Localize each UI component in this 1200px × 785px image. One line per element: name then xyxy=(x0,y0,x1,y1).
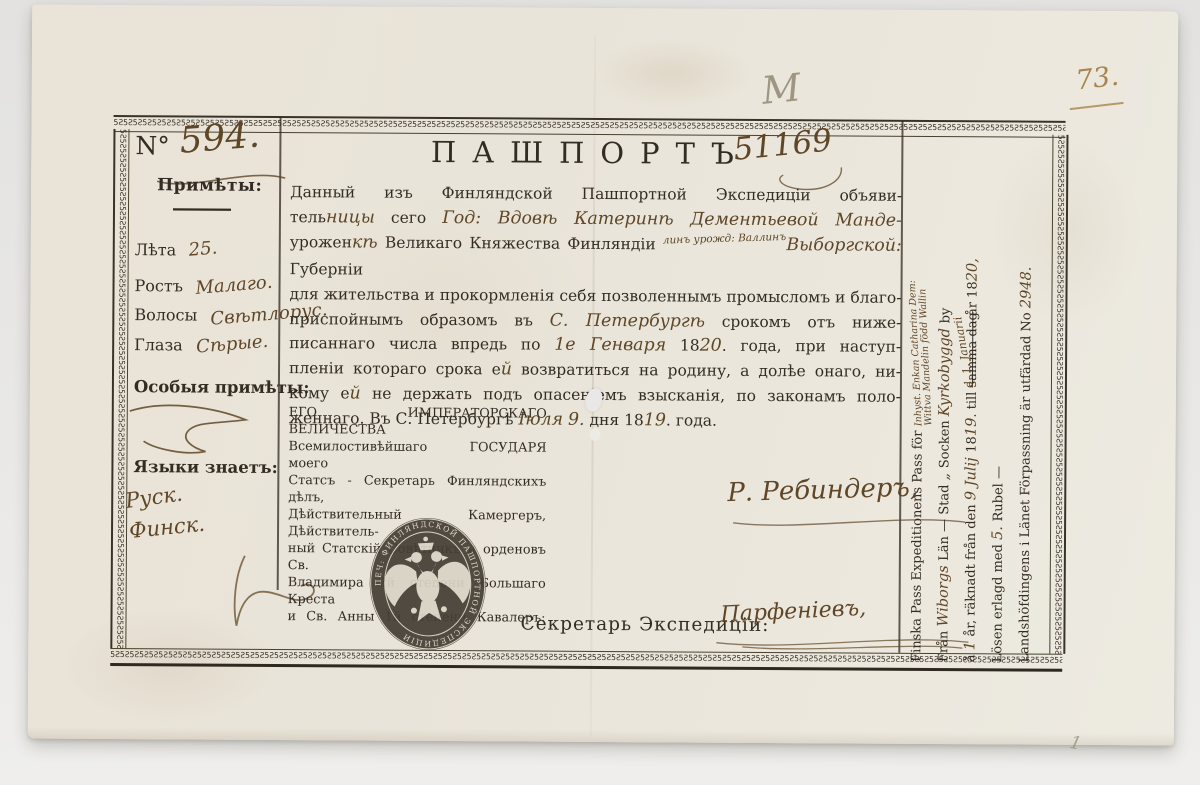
printed-text: 18 xyxy=(965,436,980,453)
text-line: тельницы сего Год: Вдовѣ Катеринѣ Демент… xyxy=(290,205,902,234)
text-line: å 1 år, räknadt från den 9 Julij 1819. t… xyxy=(957,142,987,662)
height-label: Ростъ xyxy=(134,276,183,295)
meander-border-right: 5Ƨ5Ƨ5Ƨ5Ƨ5Ƨ5Ƨ5Ƨ5Ƨ5Ƨ5Ƨ5Ƨ5Ƨ5Ƨ5Ƨ5Ƨ5Ƨ5Ƨ5Ƨ5Ƨ5Ƨ… xyxy=(1049,135,1068,654)
rehbinder-signature: Р. Ребиндеръ, xyxy=(727,473,919,508)
handwritten-text: й xyxy=(349,384,360,404)
section-dash xyxy=(171,205,233,213)
photograph-background: М 73. 1 5Ƨ5Ƨ5Ƨ5Ƨ5Ƨ5Ƨ5Ƨ5Ƨ5Ƨ5Ƨ5Ƨ5Ƨ5Ƨ5Ƨ5Ƨ5Ƨ… xyxy=(0,0,1200,785)
paper-stain xyxy=(592,38,752,109)
printed-text: Rubel — xyxy=(991,466,1006,522)
language-entry-finnish: Финск. xyxy=(128,512,206,543)
handwritten-text: й xyxy=(501,360,512,380)
secretary-signature: Парфеніевъ, xyxy=(720,596,867,628)
special-marks-label: Особыя примѣты: xyxy=(134,377,310,397)
eyes-value-handwritten: Сѣрые. xyxy=(195,331,269,358)
special-marks-squiggle xyxy=(125,397,275,460)
printed-text: возвратиться на родину, а долѣе онаго, н… xyxy=(512,361,901,381)
handwritten-text: 9. xyxy=(568,410,585,430)
handwritten-text: 20, xyxy=(964,258,981,281)
printed-text: ЕГО ИМПЕРАТОРСКАГО ВЕЛИЧЕСТВА xyxy=(289,405,547,438)
handwritten-text: 20 xyxy=(700,336,722,356)
printed-text: . till xyxy=(965,387,980,417)
description-section-label: Примѣты: xyxy=(157,175,262,196)
handwritten-text: ницы xyxy=(326,207,375,227)
handwritten-text: 9 Julij xyxy=(962,453,979,501)
hair-label: Волосы xyxy=(134,305,197,324)
handwritten-text: 2948. xyxy=(1017,267,1034,309)
handwritten-text: Выборгской: xyxy=(786,235,902,256)
handwritten-text: 19 xyxy=(644,410,666,430)
text-line: Finska Pass Expeditionens Pass för Inhys… xyxy=(904,142,933,662)
printed-text: år, räknadt från den xyxy=(963,500,979,636)
handwritten-text: 1е Генваря xyxy=(554,335,666,356)
swedish-margin-text: Finska Pass Expeditionens Pass för Inhys… xyxy=(904,142,1047,663)
printed-text: 18 xyxy=(666,337,700,355)
printed-text: Статсъ - Секретарь Финляндскихъ дѣлъ, xyxy=(288,473,546,505)
printed-text: Län — xyxy=(937,515,952,561)
handwritten-text: Inhyst. Enkan Catharina Dem: Wittva Mand… xyxy=(907,280,934,427)
text-line: Landshöfdingens i Länet Förpassning är u… xyxy=(1011,143,1041,663)
height-value-handwritten: Малаго. xyxy=(195,272,273,299)
text-line: для жительства и прокормленія себя позво… xyxy=(289,282,901,311)
printed-text: для жительства и прокормленія себя позво… xyxy=(289,285,901,307)
handwritten-text: кѣ xyxy=(352,232,378,252)
deckle-edge-shadow xyxy=(28,726,1174,745)
left-column-divider-rule xyxy=(277,117,282,590)
handwritten-text: 5. xyxy=(989,521,1006,540)
printed-text: Всемилостивѣйшаго ГОСУДАРЯ моего xyxy=(288,439,546,471)
age-row: Лѣта 25. xyxy=(135,239,218,261)
printed-text: Socken xyxy=(937,416,952,468)
eyes-row: Глаза Сѣрые. xyxy=(134,334,268,356)
age-value-handwritten: 25. xyxy=(188,237,218,260)
printed-text: Lösen erlagd med xyxy=(990,540,1006,662)
number-label: N° xyxy=(135,131,170,160)
handwritten-text: 1 xyxy=(961,636,978,650)
text-line: Lösen erlagd med 5. Rubel — xyxy=(984,142,1014,662)
text-line: Статсъ - Секретарь Финляндскихъ дѣлъ, xyxy=(288,472,546,508)
printed-text: Великаго Княжества Финляндіи xyxy=(378,233,664,253)
languages-label: Языки знаетъ: xyxy=(133,457,277,477)
printed-text: . года. xyxy=(666,412,717,430)
printed-text: Finska Pass Expeditionens Pass för xyxy=(909,426,925,662)
eyes-label: Глаза xyxy=(134,335,183,354)
printed-text: приспойнымъ образомъ въ xyxy=(289,310,549,330)
printed-text: пленіи котораго срока е xyxy=(289,359,501,378)
folio-number: 73. xyxy=(1074,61,1120,97)
printed-text: срокомъ отъ ниже- xyxy=(705,312,901,331)
printed-text: å xyxy=(963,650,978,662)
language-entry-russian: Руск. xyxy=(124,482,184,513)
text-line: Всемилостивѣйшаго ГОСУДАРЯ моего xyxy=(288,438,546,474)
paper-damage-spot xyxy=(590,428,601,441)
document-number-handwritten: 594. xyxy=(178,114,261,161)
handwritten-text: линъ урожд: Валлинъ xyxy=(663,225,787,253)
passport-document-sheet: М 73. 1 5Ƨ5Ƨ5Ƨ5Ƨ5Ƨ5Ƨ5Ƨ5Ƨ5Ƨ5Ƨ5Ƨ5Ƨ5Ƨ5Ƨ5Ƨ5Ƨ… xyxy=(28,5,1178,746)
passport-expedition-seal: ПЕЧ: ФИНЛЯНДСКОЙ ПАШПОРТНОЙ ЭКСПЕДИЦІИ xyxy=(364,512,492,655)
handwritten-text: 19 xyxy=(963,418,980,437)
handwritten-m-annotation: М xyxy=(760,65,803,113)
text-line: Данный изъ Финляндской Пашпортной Экспед… xyxy=(290,180,902,209)
printed-text: писаннаго числа впредь по xyxy=(289,335,554,355)
handwritten-text: Wiborgs xyxy=(934,561,951,627)
printed-text: тель xyxy=(290,208,326,226)
printed-text: Från xyxy=(936,627,951,663)
handwritten-text: „ xyxy=(935,468,952,480)
printed-text: урожен xyxy=(290,233,352,251)
printed-text: не держать подъ опасеніемъ взысканія, по… xyxy=(361,385,901,406)
printed-text: Губерніи xyxy=(290,260,364,278)
printed-text: Landshöfdingens i Länet Förpassning är u… xyxy=(1017,308,1034,662)
height-row: Ростъ Малаго. xyxy=(134,275,273,297)
text-line: пленіи котораго срока ей возвратиться на… xyxy=(289,356,901,385)
meander-border-left: 5Ƨ5Ƨ5Ƨ5Ƨ5Ƨ5Ƨ5Ƨ5Ƨ5Ƨ5Ƨ5Ƨ5Ƨ5Ƨ5Ƨ5Ƨ5Ƨ5Ƨ5Ƨ5Ƨ5Ƨ… xyxy=(110,129,129,648)
age-label: Лѣта xyxy=(135,240,177,259)
printed-text: . года, при наступ- xyxy=(722,337,902,356)
printed-text: сего xyxy=(375,209,443,227)
text-line: уроженкѣ Великаго Княжества Финляндіи ли… xyxy=(290,230,902,286)
text-line: Från Wiborgs Län — Stad „ Socken Kyrkoby… xyxy=(930,142,960,662)
text-line: писаннаго числа впредь по 1е Генваря 182… xyxy=(289,332,901,361)
printed-text: дня 18 xyxy=(585,411,644,429)
printed-text: Stad xyxy=(937,480,952,514)
handwritten-text: С. Петербургѣ xyxy=(550,310,705,331)
printed-text: Данный изъ Финляндской Пашпортной Экспед… xyxy=(290,183,902,205)
folio-underline xyxy=(1070,102,1124,110)
text-line: ЕГО ИМПЕРАТОРСКАГО ВЕЛИЧЕСТВА xyxy=(289,404,547,440)
text-line: приспойнымъ образомъ въ С. Петербургѣ ср… xyxy=(289,307,901,336)
printed-text: кому е xyxy=(289,384,350,402)
